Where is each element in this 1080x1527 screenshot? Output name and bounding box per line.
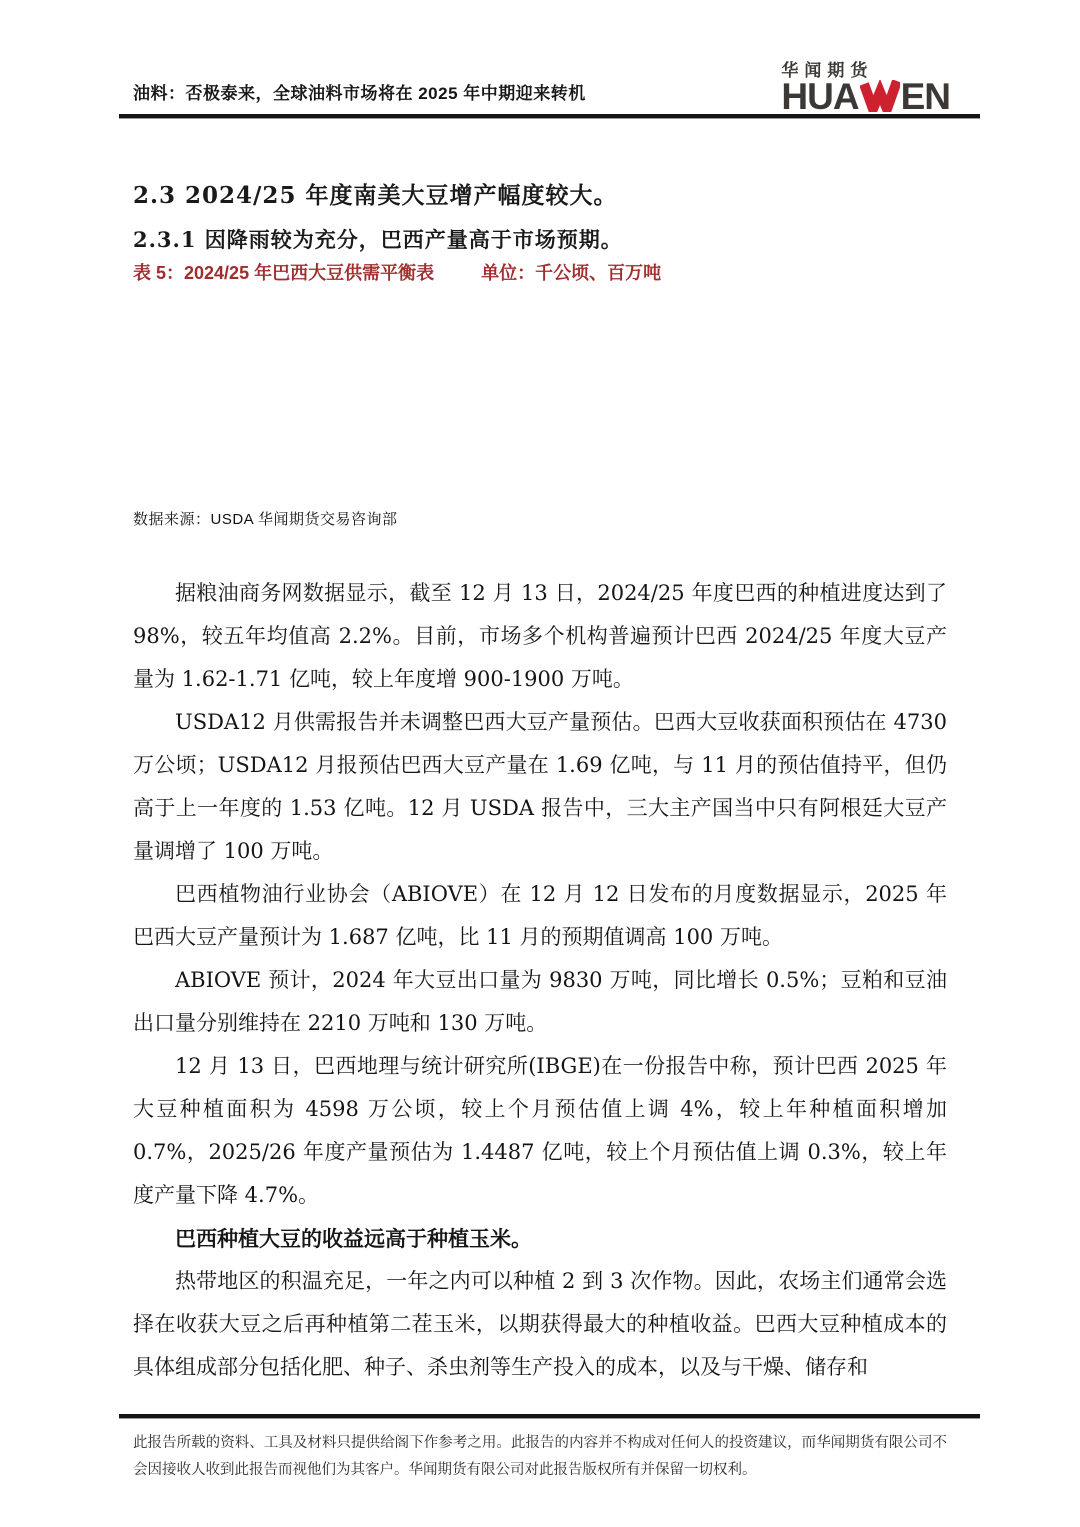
logo-text-hua: HUA: [781, 81, 858, 112]
report-body: 2.3 2024/25 年度南美大豆增产幅度较大。 2.3.1 因降雨较为充分，…: [0, 181, 1080, 1389]
table-5-caption-title: 表 5：2024/25 年巴西大豆供需平衡表: [133, 263, 434, 283]
huawen-logo: 华闻期货 HUA EN: [781, 62, 950, 112]
logo-text-en: EN: [901, 81, 950, 112]
paragraph-usda-report: USDA12 月供需报告并未调整巴西大豆产量预估。巴西大豆收获面积预估在 473…: [133, 701, 947, 873]
table-5-caption-unit: 单位：千公顷、百万吨: [481, 263, 661, 283]
data-source-note: 数据来源：USDA 华闻期货交易咨询部: [133, 509, 947, 531]
logo-latin-text: HUA EN: [781, 80, 950, 112]
footer-divider: [119, 1414, 980, 1419]
body-paragraphs: 据粮油商务网数据显示，截至 12 月 13 日，2024/25 年度巴西的种植进…: [133, 572, 947, 1389]
disclaimer-text: 此报告所载的资料、工具及材料只提供给阁下作参考之用。此报告的内容并不构成对任何人…: [133, 1430, 947, 1484]
section-heading-2-3: 2.3 2024/25 年度南美大豆增产幅度较大。: [133, 181, 947, 211]
logo-w-checkmark-icon: [860, 80, 900, 112]
section-heading-2-3-1: 2.3.1 因降雨较为充分，巴西产量高于市场预期。: [133, 226, 947, 254]
page-footer: 此报告所载的资料、工具及材料只提供给阁下作参考之用。此报告的内容并不构成对任何人…: [0, 1414, 1080, 1484]
paragraph-planting-progress: 据粮油商务网数据显示，截至 12 月 13 日，2024/25 年度巴西的种植进…: [133, 572, 947, 701]
paragraph-bold-soybean-vs-corn: 巴西种植大豆的收益远高于种植玉米。: [133, 1217, 947, 1260]
table-5-caption: 表 5：2024/25 年巴西大豆供需平衡表 单位：千公顷、百万吨: [133, 261, 947, 285]
table-5-placeholder: [133, 285, 947, 509]
paragraph-abiove-monthly: 巴西植物油行业协会（ABIOVE）在 12 月 12 日发布的月度数据显示，20…: [133, 873, 947, 959]
paragraph-tropical-crops: 热带地区的积温充足，一年之内可以种植 2 到 3 次作物。因此，农场主们通常会选…: [133, 1260, 947, 1389]
paragraph-abiove-exports: ABIOVE 预计，2024 年大豆出口量为 9830 万吨，同比增长 0.5%…: [133, 959, 947, 1045]
report-page: 油料：否极泰来，全球油料市场将在 2025 年中期迎来转机 华闻期货 HUA E…: [0, 0, 1080, 1527]
paragraph-ibge-report: 12 月 13 日，巴西地理与统计研究所(IBGE)在一份报告中称，预计巴西 2…: [133, 1045, 947, 1217]
report-title: 油料：否极泰来，全球油料市场将在 2025 年中期迎来转机: [133, 79, 586, 112]
page-header: 油料：否极泰来，全球油料市场将在 2025 年中期迎来转机 华闻期货 HUA E…: [0, 0, 1080, 112]
